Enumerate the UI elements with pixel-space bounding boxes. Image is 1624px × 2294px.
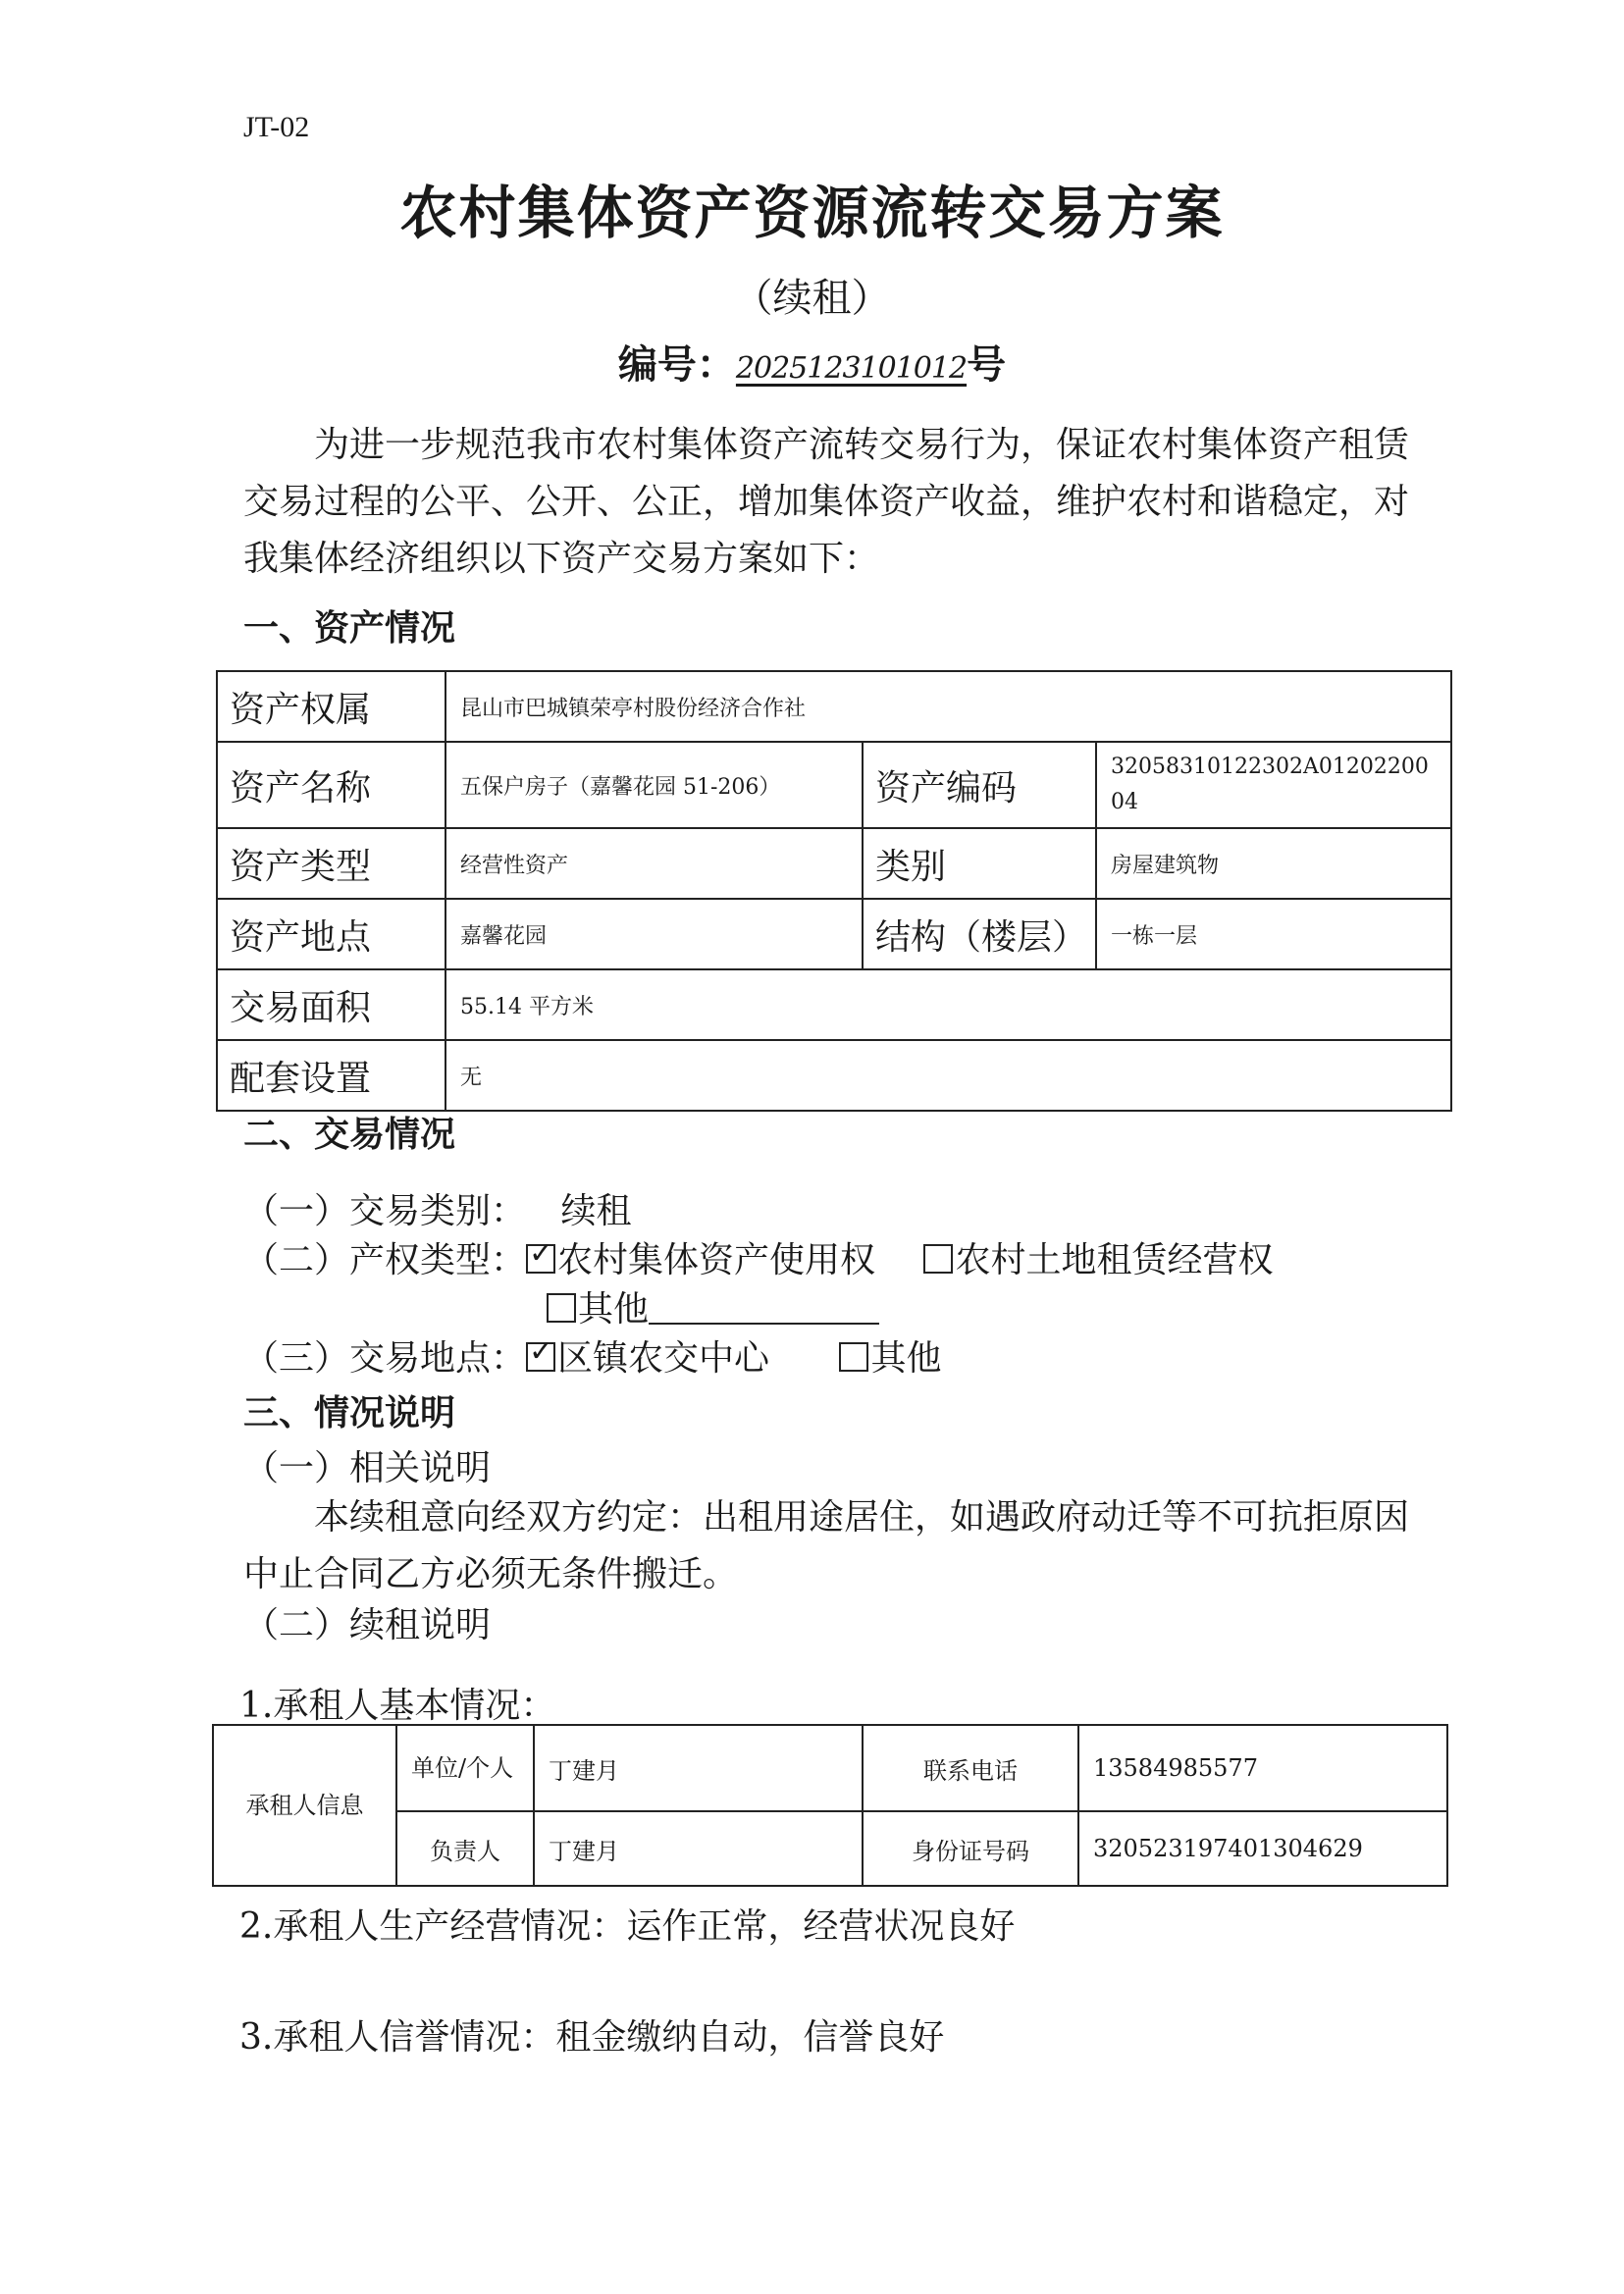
checkbox-property-other[interactable] — [547, 1293, 576, 1323]
section2-heading: 二、交易情况 — [243, 1107, 455, 1157]
label-location: 资产地点 — [217, 899, 445, 969]
serial-value: 2025123101012 — [736, 351, 967, 386]
option-place-other: 其他 — [870, 1338, 941, 1379]
label-asset-code: 资产编码 — [863, 742, 1096, 828]
item2-operations: 2.承租人生产经营情况：运作正常，经营状况良好 — [239, 1899, 1015, 1949]
label-facilities: 配套设置 — [217, 1040, 445, 1111]
label-structure: 结构（楼层） — [863, 899, 1096, 969]
asset-table: 资产权属 昆山市巴城镇荣亭村股份经济合作社 资产名称 五保户房子（嘉馨花园 51… — [216, 670, 1452, 1112]
value-asset-name: 五保户房子（嘉馨花园 51-206） — [445, 742, 863, 828]
unit-label: 单位/个人 — [396, 1725, 534, 1811]
label-asset-name: 资产名称 — [217, 742, 445, 828]
lessee-row-head: 负责人 丁建月 身份证号码 320523197401304629 — [213, 1811, 1447, 1886]
property-type-label: （二）产权类型： — [243, 1240, 526, 1280]
row-area: 交易面积 55.14 平方米 — [217, 969, 1451, 1040]
value-asset-code: 32058310122302A0120220004 — [1096, 742, 1451, 828]
document-title: 农村集体资产资源流转交易方案 — [0, 167, 1624, 249]
label-category: 类别 — [863, 828, 1096, 899]
sub2-heading: （二）续租说明 — [243, 1597, 491, 1647]
item1-lessee-basics: 1.承租人基本情况： — [239, 1678, 555, 1728]
serial-label: 编号： — [618, 342, 736, 388]
head-label: 负责人 — [396, 1811, 534, 1886]
serial-suffix: 号 — [967, 342, 1006, 388]
section3-heading: 三、情况说明 — [243, 1385, 455, 1435]
lessee-row-unit: 承租人信息 单位/个人 丁建月 联系电话 13584985577 — [213, 1725, 1447, 1811]
id-value: 320523197401304629 — [1078, 1811, 1447, 1886]
other-blank-field[interactable] — [649, 1293, 879, 1325]
label-asset-type: 资产类型 — [217, 828, 445, 899]
serial-number: 编号：2025123101012号 — [0, 334, 1624, 390]
sub1-paragraph: 本续租意向经双方约定：出租用途居住，如遇政府动迁等不可抗拒原因中止合同乙方必须无… — [243, 1489, 1431, 1603]
row-asset-name: 资产名称 五保户房子（嘉馨花园 51-206） 资产编码 32058310122… — [217, 742, 1451, 828]
checkbox-rural-exchange-center[interactable] — [526, 1342, 555, 1372]
property-type-line: （二）产权类型：农村集体资产使用权 农村土地租赁经营权 — [243, 1232, 1274, 1282]
row-facilities: 配套设置 无 — [217, 1040, 1451, 1111]
value-category: 房屋建筑物 — [1096, 828, 1451, 899]
label-ownership: 资产权属 — [217, 671, 445, 742]
value-location: 嘉馨花园 — [445, 899, 863, 969]
intro-paragraph: 为进一步规范我市农村集体资产流转交易行为，保证农村集体资产租赁交易过程的公平、公… — [243, 417, 1431, 588]
row-ownership: 资产权属 昆山市巴城镇荣亭村股份经济合作社 — [217, 671, 1451, 742]
trade-place-line: （三）交易地点：区镇农交中心 其他 — [243, 1330, 942, 1381]
item3-credit: 3.承租人信誉情况：租金缴纳自动，信誉良好 — [239, 2009, 944, 2059]
phone-value: 13584985577 — [1078, 1725, 1447, 1811]
checkbox-collective-asset-use[interactable] — [526, 1244, 555, 1274]
document-code: JT-02 — [243, 111, 309, 144]
checkbox-place-other[interactable] — [839, 1342, 868, 1372]
value-structure: 一栋一层 — [1096, 899, 1451, 969]
lessee-group-label: 承租人信息 — [213, 1725, 396, 1886]
unit-value: 丁建月 — [534, 1725, 863, 1811]
value-area: 55.14 平方米 — [445, 969, 1451, 1040]
property-type-other-line: 其他 — [547, 1281, 879, 1331]
phone-label: 联系电话 — [863, 1725, 1078, 1811]
label-area: 交易面积 — [217, 969, 445, 1040]
value-facilities: 无 — [445, 1040, 1451, 1111]
trade-type-line: （一）交易类别： 续租 — [243, 1183, 631, 1233]
trade-type-label: （一）交易类别： — [243, 1191, 526, 1231]
document-subtitle: （续租） — [0, 267, 1624, 323]
trade-place-label: （三）交易地点： — [243, 1338, 526, 1379]
checkbox-land-lease[interactable] — [923, 1244, 953, 1274]
option-property-other: 其他 — [578, 1289, 649, 1329]
option-rural-exchange-center: 区镇农交中心 — [557, 1338, 769, 1379]
head-value: 丁建月 — [534, 1811, 863, 1886]
sub1-heading: （一）相关说明 — [243, 1440, 491, 1490]
option-land-lease: 农村土地租赁经营权 — [955, 1240, 1273, 1280]
section1-heading: 一、资产情况 — [243, 600, 455, 651]
row-asset-type: 资产类型 经营性资产 类别 房屋建筑物 — [217, 828, 1451, 899]
trade-type-value: 续租 — [560, 1191, 631, 1231]
id-label: 身份证号码 — [863, 1811, 1078, 1886]
option-collective-asset-use: 农村集体资产使用权 — [557, 1240, 875, 1280]
lessee-table: 承租人信息 单位/个人 丁建月 联系电话 13584985577 负责人 丁建月… — [212, 1724, 1448, 1887]
value-ownership: 昆山市巴城镇荣亭村股份经济合作社 — [445, 671, 1451, 742]
value-asset-type: 经营性资产 — [445, 828, 863, 899]
row-location: 资产地点 嘉馨花园 结构（楼层） 一栋一层 — [217, 899, 1451, 969]
